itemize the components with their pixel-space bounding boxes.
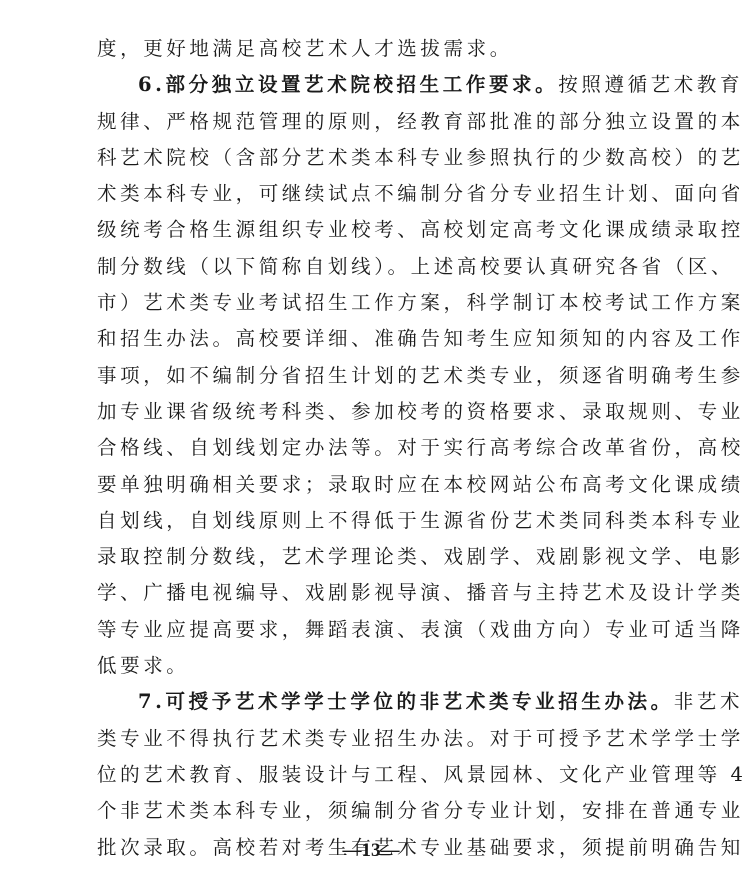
paragraph-text: 按照遵循艺术教育: [558, 73, 742, 96]
paragraph-line: 和招生办法。高校要详细、准确告知考生应知须知的内容及工作: [97, 321, 649, 357]
paragraph-line: 类专业不得执行艺术类专业招生办法。对于可授予艺术学学士学: [97, 721, 649, 757]
paragraph-line: 低要求。: [97, 648, 649, 684]
paragraph-line: 科艺术院校（含部分艺术类本科专业参照执行的少数高校）的艺: [97, 140, 649, 176]
paragraph-line: 位的艺术教育、服装设计与工程、风景园林、文化产业管理等 4: [97, 757, 649, 793]
paragraph-line: 加专业课省级统考科类、参加校考的资格要求、录取规则、专业: [97, 394, 649, 430]
paragraph-line: 合格线、自划线划定办法等。对于实行高考综合改革省份，高校: [97, 430, 649, 466]
paragraph-line: 级统考合格生源组织专业校考、高校划定高考文化课成绩录取控: [97, 212, 649, 248]
paragraph-line: 制分数线（以下简称自划线）。上述高校要认真研究各省（区、: [97, 249, 649, 285]
paragraph-line: 自划线，自划线原则上不得低于生源省份艺术类同科类本科专业: [97, 503, 649, 539]
paragraph-line: 录取控制分数线，艺术学理论类、戏剧学、戏剧影视文学、电影: [97, 539, 649, 575]
paragraph-line: 等专业应提高要求，舞蹈表演、表演（戏曲方向）专业可适当降: [97, 612, 649, 648]
paragraph-line: 学、广播电视编导、戏剧影视导演、播音与主持艺术及设计学类: [97, 575, 649, 611]
paragraph-line: 要单独明确相关要求；录取时应在本校网站公布高考文化课成绩: [97, 467, 649, 503]
paragraph-line: 个非艺术类本科专业，须编制分省分专业计划，安排在普通专业: [97, 793, 649, 829]
paragraph-first-line: 7.可授予艺术学学士学位的非艺术类专业招生办法。非艺术: [97, 684, 649, 720]
document-page: 度，更好地满足高校艺术人才选拔需求。 6.部分独立设置艺术院校招生工作要求。按照…: [97, 31, 649, 866]
paragraph-line: 规律、严格规范管理的原则，经教育部批准的部分独立设置的本: [97, 104, 649, 140]
paragraph-text: 非艺术: [674, 690, 742, 713]
paragraph-line: 术类本科专业，可继续试点不编制分省分专业招生计划、面向省: [97, 176, 649, 212]
paragraph-first-line: 6.部分独立设置艺术院校招生工作要求。按照遵循艺术教育: [97, 67, 649, 103]
paragraph-line: 度，更好地满足高校艺术人才选拔需求。: [97, 31, 649, 67]
paragraph-line: 事项，如不编制分省招生计划的艺术类专业，须逐省明确考生参: [97, 358, 649, 394]
page-number: —13—: [0, 840, 742, 862]
section-heading-6: 6.部分独立设置艺术院校招生工作要求。: [138, 73, 558, 96]
paragraph-line: 市）艺术类专业考试招生工作方案，科学制订本校考试工作方案: [97, 285, 649, 321]
section-heading-7: 7.可授予艺术学学士学位的非艺术类专业招生办法。: [138, 690, 674, 713]
